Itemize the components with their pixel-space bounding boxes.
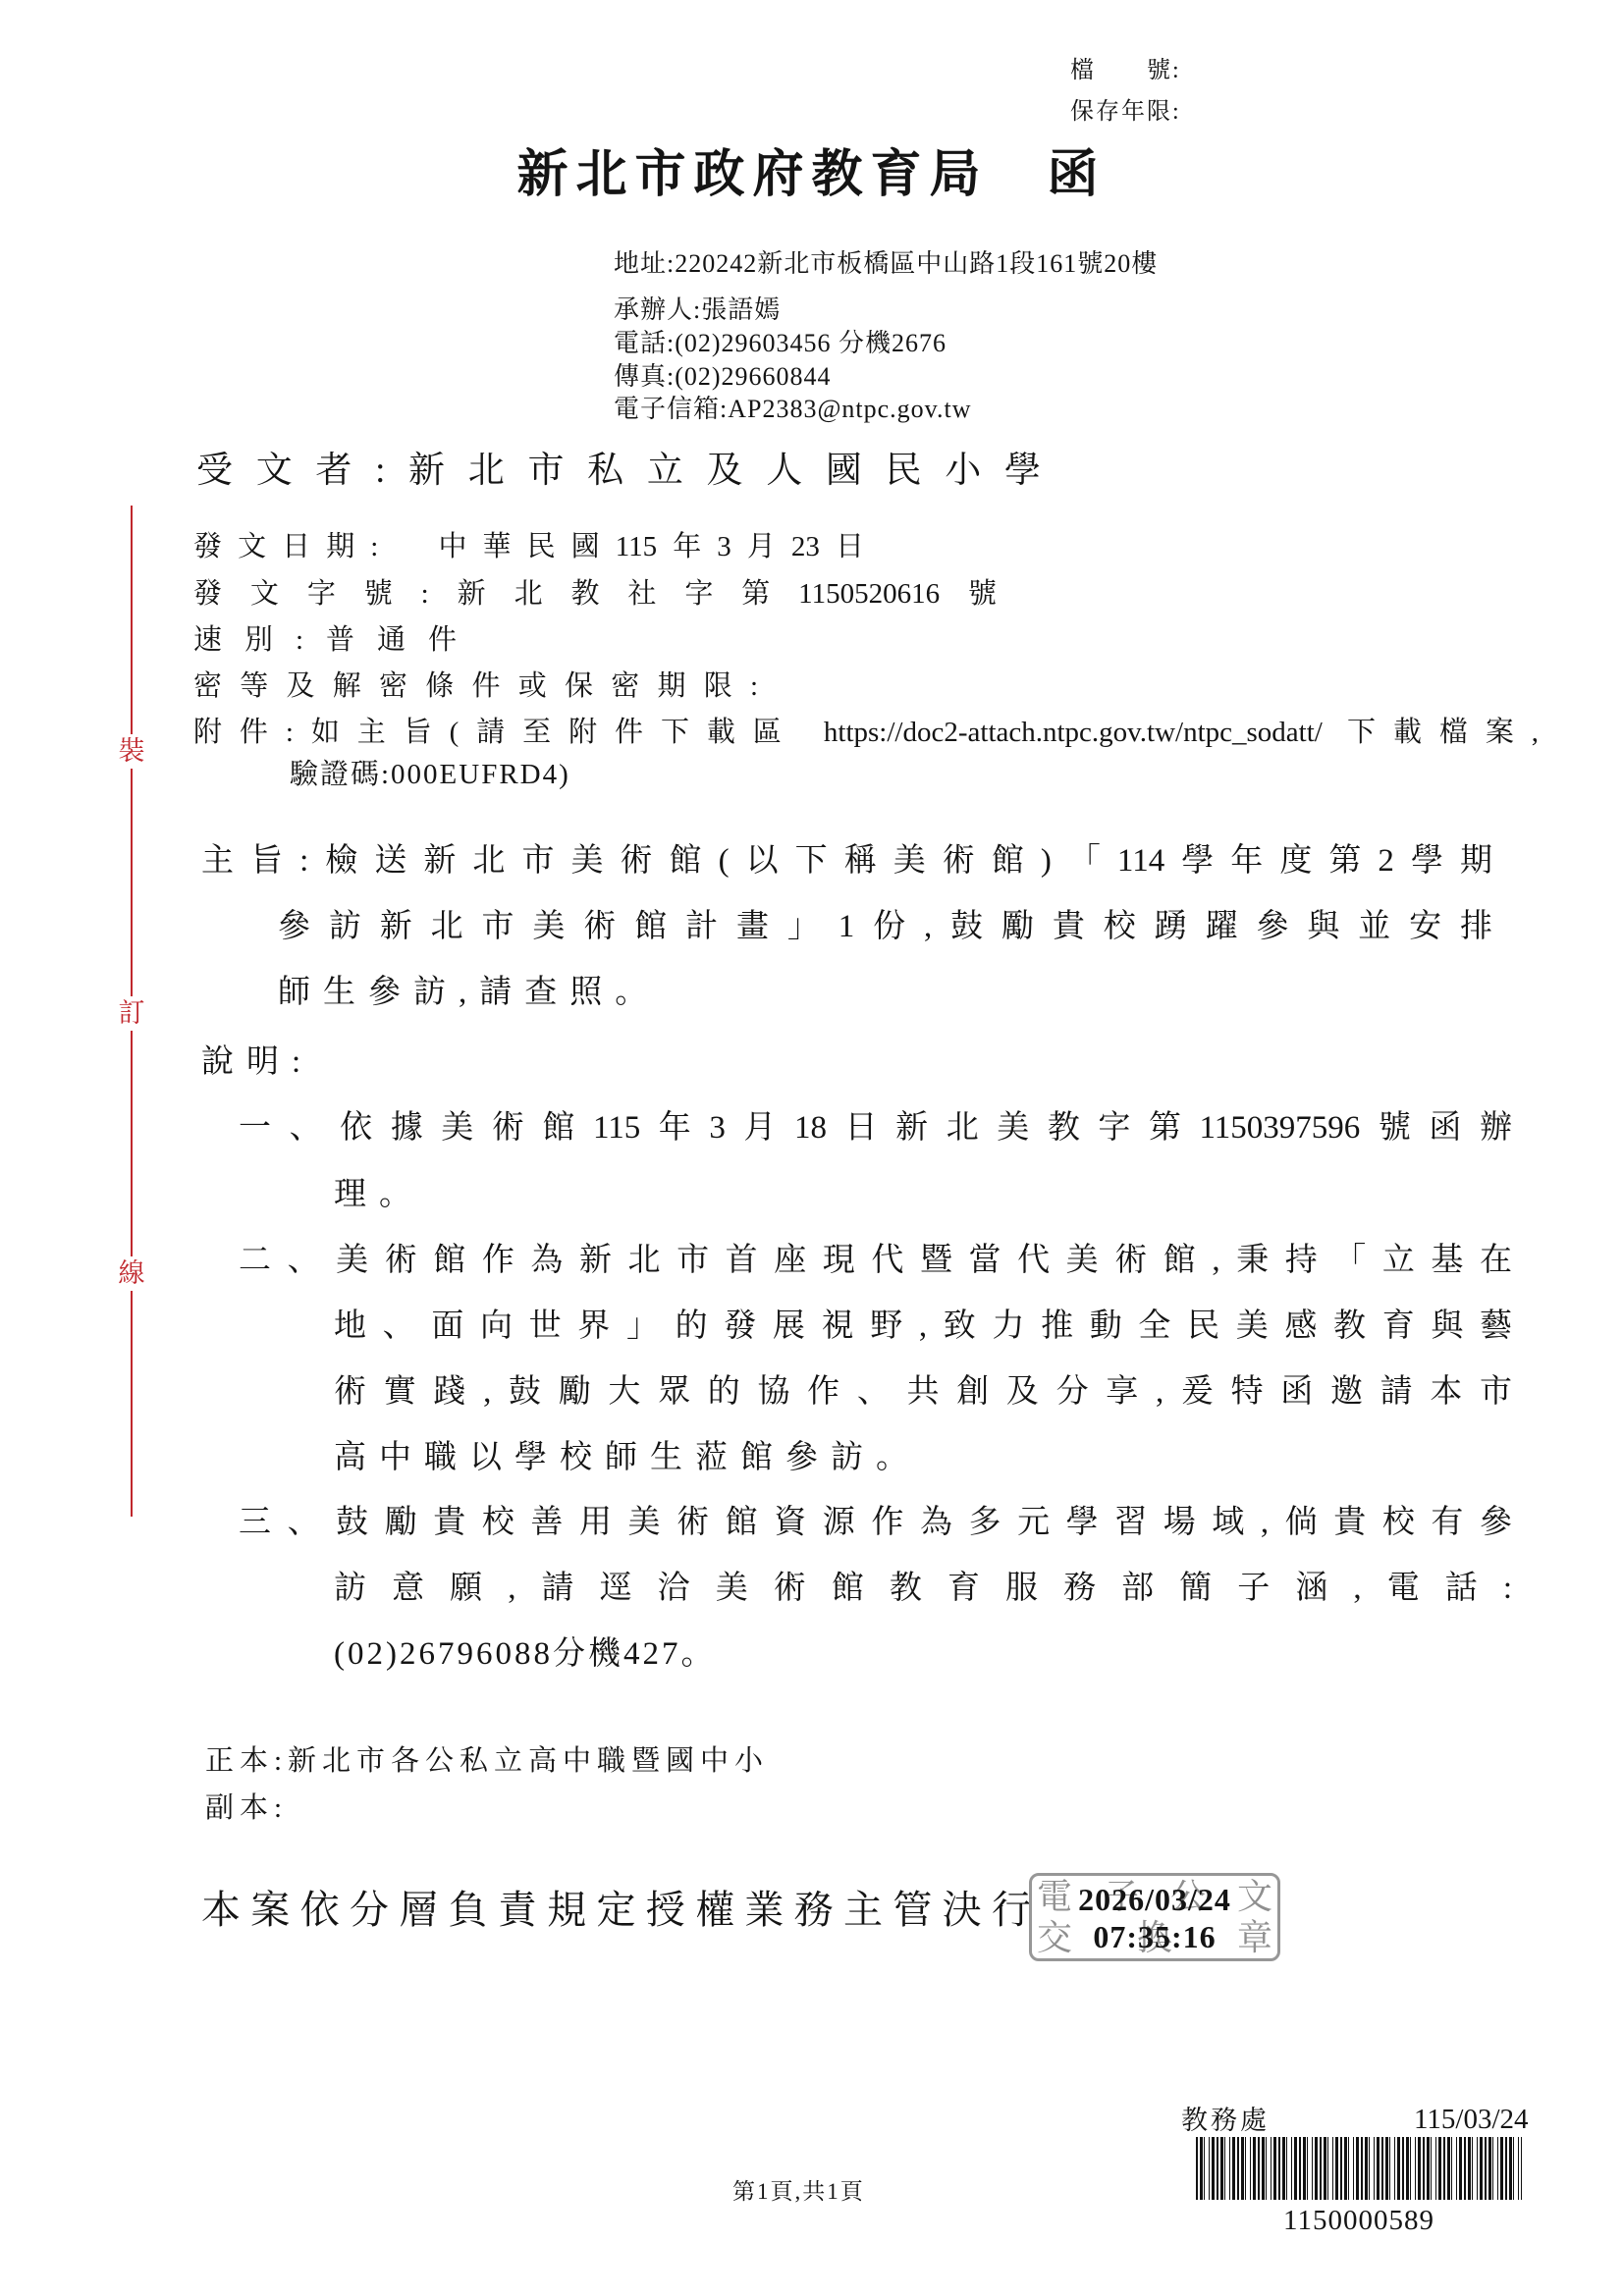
subject-line-1: 主旨:檢送新北市美術館(以下稱美術館)「114學年度第2學期 xyxy=(201,842,1492,881)
subject-line-3: 師生參訪,請查照。 xyxy=(278,974,660,1013)
binding-char-ding: 訂 xyxy=(115,996,148,1031)
explanation-label: 說明: xyxy=(201,1043,313,1083)
distribution-copy: 副本: xyxy=(205,1791,288,1826)
explanation-item3-line3: (02)26796088分機427。 xyxy=(334,1635,716,1675)
attachment-line-2: 驗證碼:000EUFRD4) xyxy=(290,758,570,792)
subject-line-2: 參訪新北市美術館計畫」1份,鼓勵貴校踴躍參與並安排 xyxy=(278,908,1492,947)
file-number-label: 檔 號: xyxy=(1070,57,1181,85)
barcode-number: 1150000589 xyxy=(1196,2204,1522,2238)
explanation-item2-line4: 高中職以學校師生蒞館參訪。 xyxy=(334,1439,921,1478)
electronic-exchange-stamp: 電 子 公 文 交 換 章 2026/03/24 07:35:16 xyxy=(1029,1873,1280,1961)
explanation-item2-line3: 術實踐,鼓勵大眾的協作、共創及分享,爰特函邀請本市 xyxy=(334,1373,1512,1413)
page-info: 第1頁,共1頁 xyxy=(732,2178,865,2206)
footer-department: 教務處 xyxy=(1181,2105,1270,2136)
document-title: 新北市政府教育局 函 xyxy=(0,145,1623,206)
agency-contact-person: 承辦人:張語嫣 xyxy=(614,294,781,325)
agency-phone: 電話:(02)29603456 分機2676 xyxy=(614,328,947,358)
agency-fax: 傳真:(02)29660844 xyxy=(614,361,832,392)
authorization-line: 本案依分層負責規定授權業務主管決行 xyxy=(201,1887,1031,1934)
recipient-line: 受文者:新北市私立及人國民小學 xyxy=(196,450,1041,493)
speed-line: 速別:普通件 xyxy=(193,623,457,658)
explanation-item3-line1: 三、鼓勵貴校善用美術館資源作為多元學習場域,倘貴校有參 xyxy=(239,1504,1512,1543)
stamp-time: 07:35:16 xyxy=(1063,1918,1246,1955)
official-letter-page: 檔 號: 保存年限: 新北市政府教育局 函 地址:220242新北市板橋區中山路… xyxy=(0,0,1623,2296)
explanation-item1-line2: 理。 xyxy=(334,1176,424,1215)
binding-char-xian: 線 xyxy=(115,1256,148,1291)
explanation-item2-line2: 地、面向世界」的發展視野,致力推動全民美感教育與藝 xyxy=(334,1308,1512,1347)
attachment-line-1: 附件:如主旨(請至附件下載區 https://doc2-attach.ntpc.… xyxy=(193,716,1539,750)
agency-email: 電子信箱:AP2383@ntpc.gov.tw xyxy=(614,394,971,424)
retention-label: 保存年限: xyxy=(1070,98,1181,127)
explanation-item1-line1: 一、依據美術館115年3月18日新北美教字第1150397596號函辦 xyxy=(239,1109,1512,1148)
stamp-date: 2026/03/24 xyxy=(1063,1881,1246,1918)
issue-date-line: 發文日期: 中華民國115年3月23日 xyxy=(193,530,864,564)
binding-char-zhuang: 裝 xyxy=(115,734,148,769)
agency-address: 地址:220242新北市板橋區中山路1段161號20樓 xyxy=(614,248,1158,279)
document-barcode xyxy=(1196,2137,1522,2200)
explanation-item2-line1: 二、美術館作為新北市首座現代暨當代美術館,秉持「立基在 xyxy=(239,1242,1512,1281)
doc-number-line: 發文字號:新北教社字第1150520616號 xyxy=(193,577,997,612)
explanation-item3-line2: 訪意願,請逕洽美術館教育服務部簡子涵,電話: xyxy=(334,1570,1512,1609)
distribution-original: 正本:新北市各公私立高中職暨國中小 xyxy=(205,1744,769,1779)
footer-date: 115/03/24 xyxy=(1414,2103,1529,2137)
security-line: 密等及解密條件或保密期限: xyxy=(193,669,758,704)
stamp-datetime: 2026/03/24 07:35:16 xyxy=(1063,1881,1246,1955)
